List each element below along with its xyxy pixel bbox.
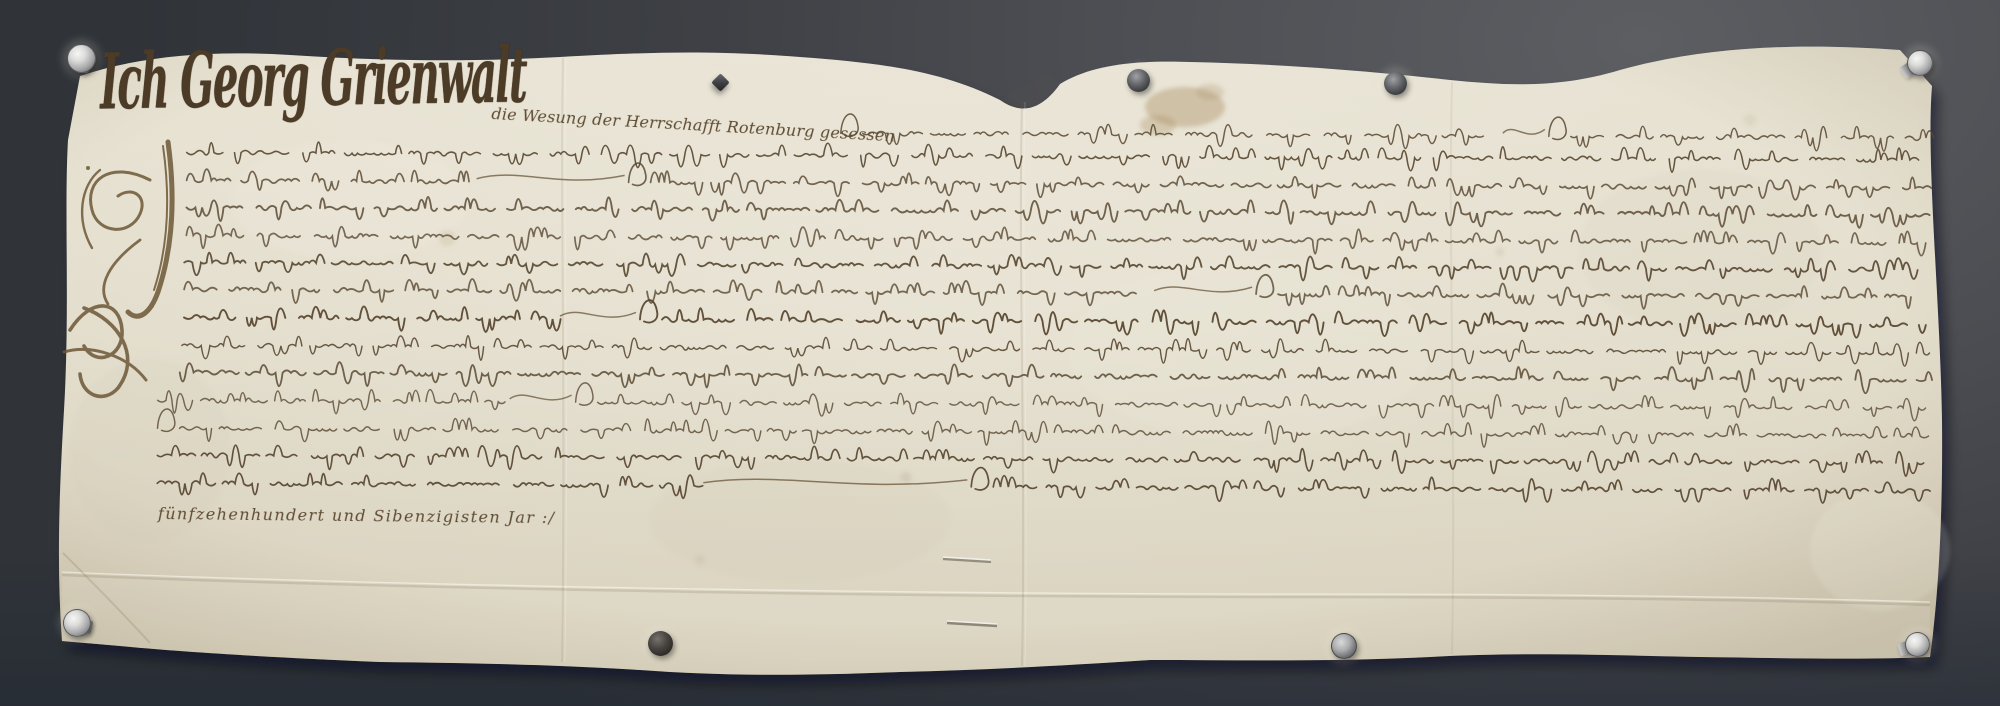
push-pin-head xyxy=(1907,50,1933,76)
push-pin-head xyxy=(1384,72,1407,95)
push-pin-head xyxy=(67,44,96,73)
photograph-of-charter: Ich Georg Grienwalt die Wesung der Herrs… xyxy=(0,0,2000,706)
push-pin-head xyxy=(1127,69,1150,92)
push-pin-head xyxy=(63,609,91,637)
charter-heading-text: Ich Georg Grienwalt xyxy=(100,29,526,127)
push-pin-head xyxy=(648,631,673,656)
charter-heading: Ich Georg Grienwalt xyxy=(100,36,675,100)
push-pin-head xyxy=(1905,632,1930,657)
push-pin-head xyxy=(1331,633,1357,659)
